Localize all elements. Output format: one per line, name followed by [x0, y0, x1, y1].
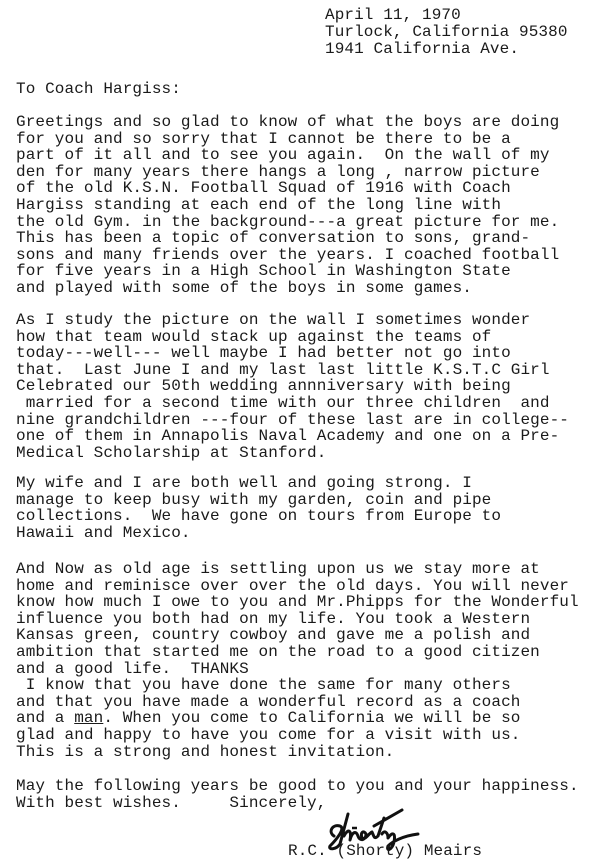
letter-line: one of them in Annapolis Naval Academy a…	[16, 428, 559, 445]
letter-date: April 11, 1970	[325, 7, 461, 24]
sender-street: 1941 California Ave.	[325, 41, 519, 58]
sender-city: Turlock, California 95380	[325, 24, 568, 41]
letter-line: and a good life. THANKS	[16, 661, 249, 678]
letter-line: how that team would stack up against the…	[16, 329, 491, 346]
letter-line: glad and happy to have you come for a vi…	[16, 727, 520, 744]
underlined-word: man	[74, 709, 103, 727]
letter-line: collections. We have gone on tours from …	[16, 508, 501, 525]
letter-line: for five years in a High School in Washi…	[16, 263, 511, 280]
typed-signature: R.C. (Shorty) Meairs	[288, 843, 482, 860]
letter-line: and that you have made a wonderful recor…	[16, 694, 520, 711]
letter-line: the old Gym. in the background---a great…	[16, 214, 559, 231]
letter-line: With best wishes. Sincerely,	[16, 795, 326, 812]
letter-line: May the following years be good to you a…	[16, 778, 579, 795]
letter-line: nine grandchildren ---four of these last…	[16, 412, 569, 429]
letter-page: April 11, 1970 Turlock, California 95380…	[0, 0, 608, 864]
letter-line: and a man. When you come to California w…	[16, 710, 521, 727]
letter-line: part of it all and to see you again. On …	[16, 147, 550, 164]
letter-line: Hargiss standing at each end of the long…	[16, 197, 501, 214]
letter-line: influence you both had on my life. You t…	[16, 611, 530, 628]
letter-line: den for many years there hangs a long , …	[16, 164, 540, 181]
letter-line: Celebrated our 50th wedding annniversary…	[16, 378, 511, 395]
letter-line: today---well--- well maybe I had better …	[16, 345, 511, 362]
letter-line: manage to keep busy with my garden, coin…	[16, 492, 491, 509]
letter-line: sons and many friends over the years. I …	[16, 247, 559, 264]
letter-line: And Now as old age is settling upon us w…	[16, 561, 540, 578]
letter-line: As I study the picture on the wall I som…	[16, 312, 530, 329]
letter-line: and played with some of the boys in some…	[16, 280, 472, 297]
letter-line: know how much I owe to you and Mr.Phipps…	[16, 594, 579, 611]
letter-line: I know that you have done the same for m…	[16, 677, 511, 694]
letter-line: that. Last June I and my last last littl…	[16, 362, 550, 379]
letter-line: Kansas green, country cowboy and gave me…	[16, 627, 530, 644]
letter-line: ambition that started me on the road to …	[16, 644, 540, 661]
letter-line: Greetings and so glad to know of what th…	[16, 114, 559, 131]
letter-line: My wife and I are both well and going st…	[16, 475, 472, 492]
letter-line: Hawaii and Mexico.	[16, 525, 191, 542]
letter-line: of the old K.S.N. Football Squad of 1916…	[16, 180, 511, 197]
letter-line: for you and so sorry that I cannot be th…	[16, 131, 511, 148]
salutation: To Coach Hargiss:	[16, 81, 181, 98]
letter-line: This has been a topic of conversation to…	[16, 230, 530, 247]
letter-line: married for a second time with our three…	[16, 395, 550, 412]
letter-line: This is a strong and honest invitation.	[16, 744, 394, 761]
letter-line: home and reminisce over over the old day…	[16, 578, 569, 595]
letter-line: Medical Scholarship at Stanford.	[16, 445, 326, 462]
